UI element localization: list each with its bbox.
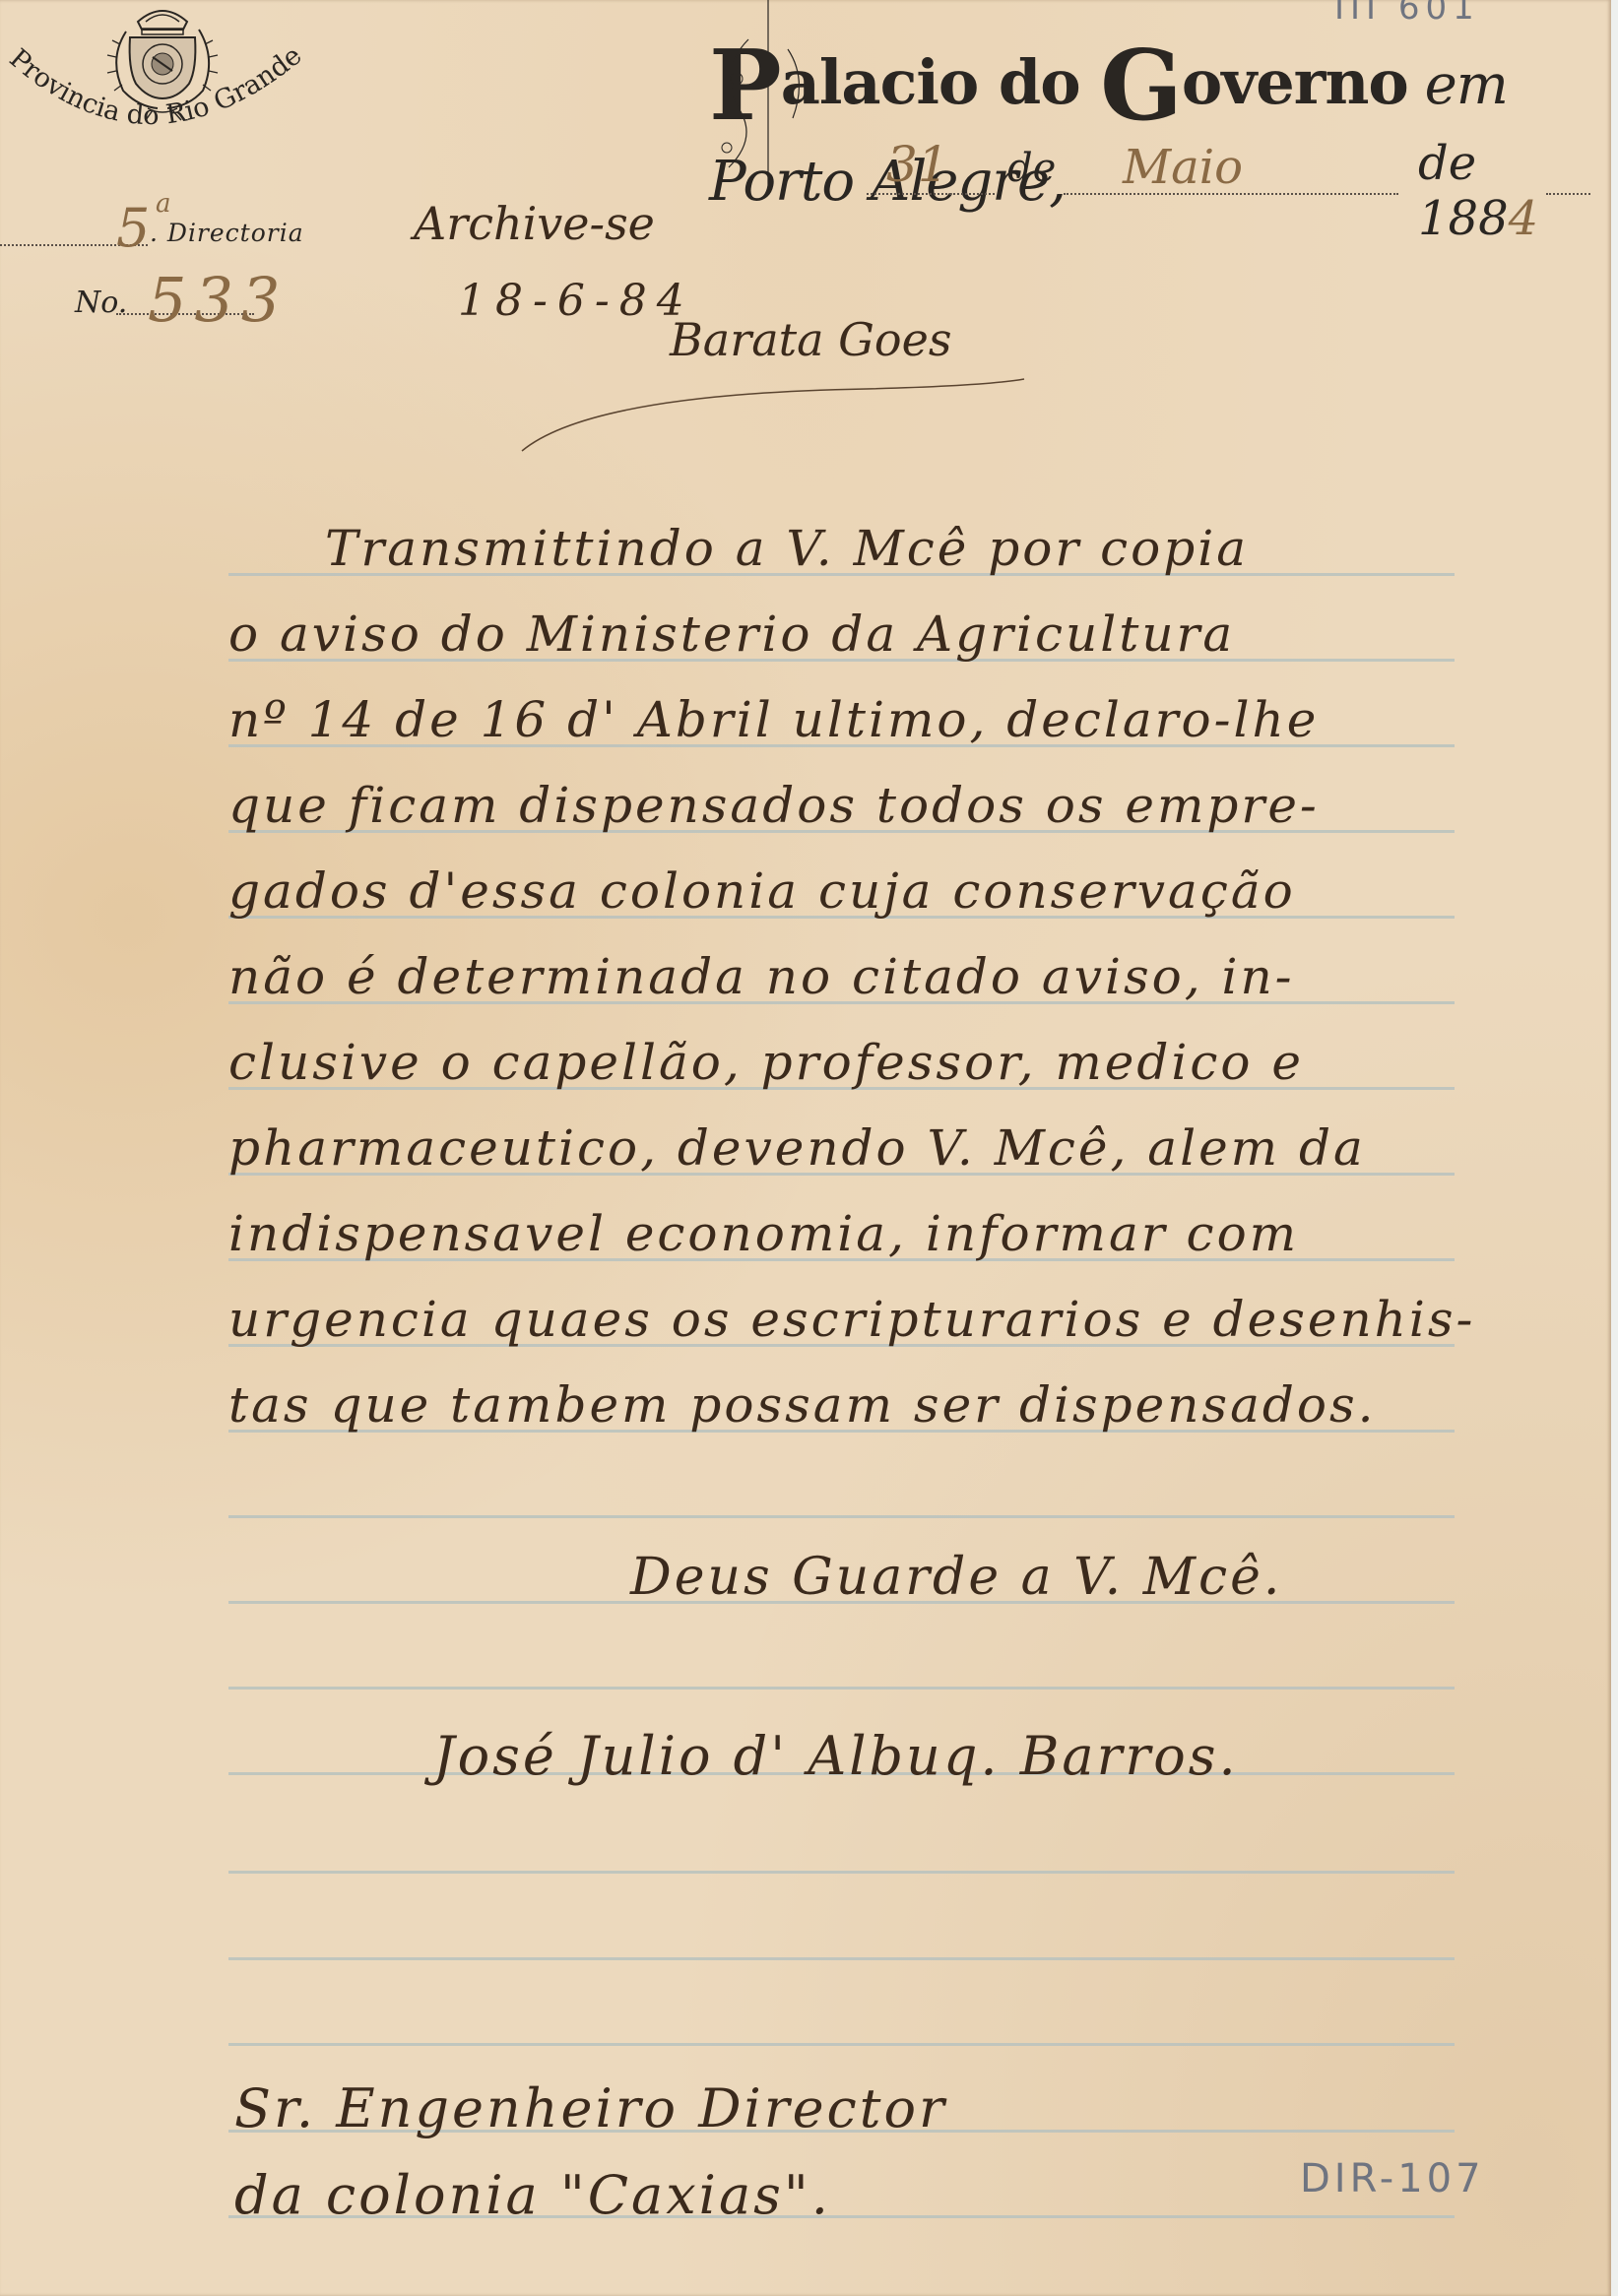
body-line: tas que tambem possam ser dispensados. [228,1376,1469,1434]
body-line: o aviso do Ministerio da Agricultura [228,606,1469,663]
ruled-line [228,1871,1455,1874]
directoria-number: 5 [116,197,150,259]
body-line: que ficam dispensados todos os empre- [228,777,1469,834]
signature: José Julio d' Albuq. Barros. [433,1725,1618,1787]
pencil-reference-bottom: DIR-107 [1300,2156,1485,2201]
archive-date: 18-6-84 [458,276,694,326]
pencil-reference-top: III 601 [1334,0,1480,28]
address-line-1: Sr. Engenheiro Director [234,2077,1475,2139]
date-month: Maio [1123,140,1243,195]
body-line: pharmaceutico, devendo V. Mcê, alem da [228,1119,1469,1177]
archive-signature: Barata Goes [670,313,951,366]
date-de-label: de [1007,146,1056,191]
date-year-handwritten-digit: 4 [1509,191,1539,246]
document-page: Provincia do Rio Grande do Sul. 5 a . Di… [0,0,1611,2296]
body-line: clusive o capellão, professor, medico e [228,1034,1469,1091]
archive-note: Archive-se [414,197,655,250]
date-day-dotted-line [867,193,995,195]
closing-salutation: Deus Guarde a V. Mcê. [630,1548,1618,1607]
ruled-line [228,1957,1455,1960]
body-line: não é determinada no citado aviso, in- [228,948,1469,1005]
ornate-initial-g: G [1100,30,1182,143]
signature-flourish-icon [512,374,1044,453]
body-line: gados d'essa colonia cuja conservação [228,862,1469,920]
body-line: urgencia quaes os escripturarios e desen… [228,1291,1469,1348]
ruled-line [228,1687,1455,1690]
directoria-superscript: a [156,189,171,219]
body-line: nº 14 de 16 d' Abril ultimo, declaro-lhe [228,691,1469,748]
ruled-line [228,2043,1455,2046]
ruled-line [228,1515,1455,1518]
address-line-2: da colonia "Caxias". [234,2164,1475,2226]
directoria-label: . Directoria [150,219,304,247]
document-number: 533 [148,264,288,336]
date-year: de 1884 [1418,136,1611,246]
province-arc-text: Provincia do Rio Grande do Sul. [0,0,325,158]
body-line: indispensavel economia, informar com [228,1205,1469,1262]
svg-text:Provincia do Rio Grande do Sul: Provincia do Rio Grande do Sul. [0,0,307,131]
date-day: 31 [886,136,949,193]
body-line: Transmittindo a V. Mcê por copia [325,520,1566,577]
ornament-flourish-icon [709,0,817,197]
